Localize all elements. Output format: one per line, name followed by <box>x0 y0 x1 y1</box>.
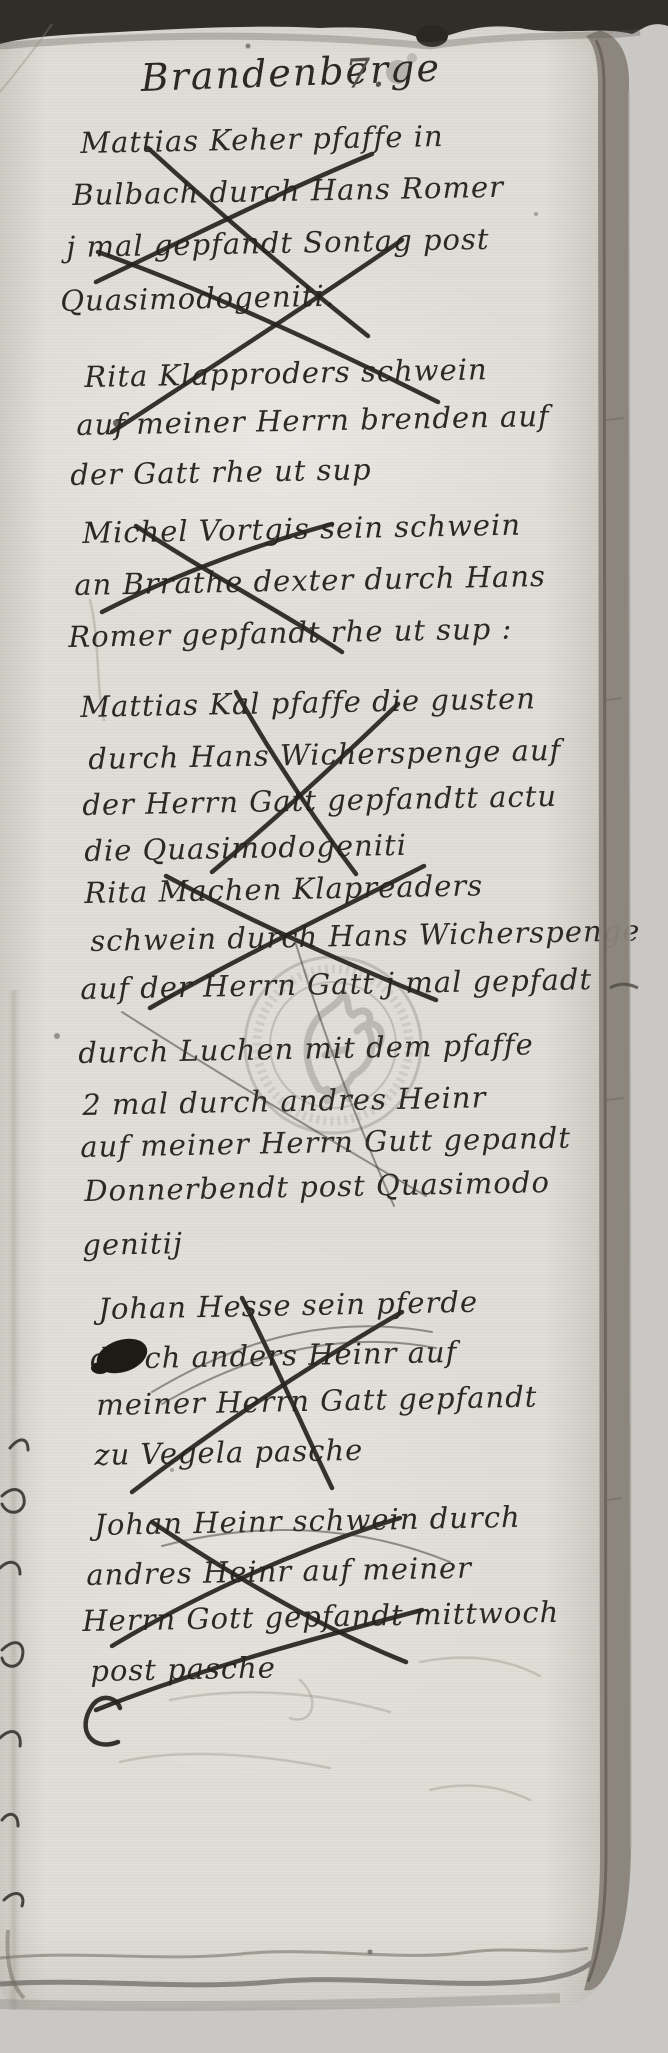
entry-strikethrough <box>86 1518 450 1744</box>
entry-strikethrough <box>96 148 438 432</box>
entry-strikethrough <box>150 692 436 1008</box>
book-bottom-edge <box>0 1900 668 2006</box>
ink-blot <box>91 1333 152 1380</box>
entry-strikethrough <box>102 524 342 652</box>
book-top-edge <box>0 0 668 92</box>
overstrokes-layer <box>0 0 668 2053</box>
book-fore-edge <box>584 30 638 1991</box>
marginal-ink-fragments <box>0 1440 28 1906</box>
scan-background: Brandenberge 7. Mattias Keher pfaffe in … <box>0 0 668 2053</box>
entry-strikethrough <box>132 1298 436 1492</box>
